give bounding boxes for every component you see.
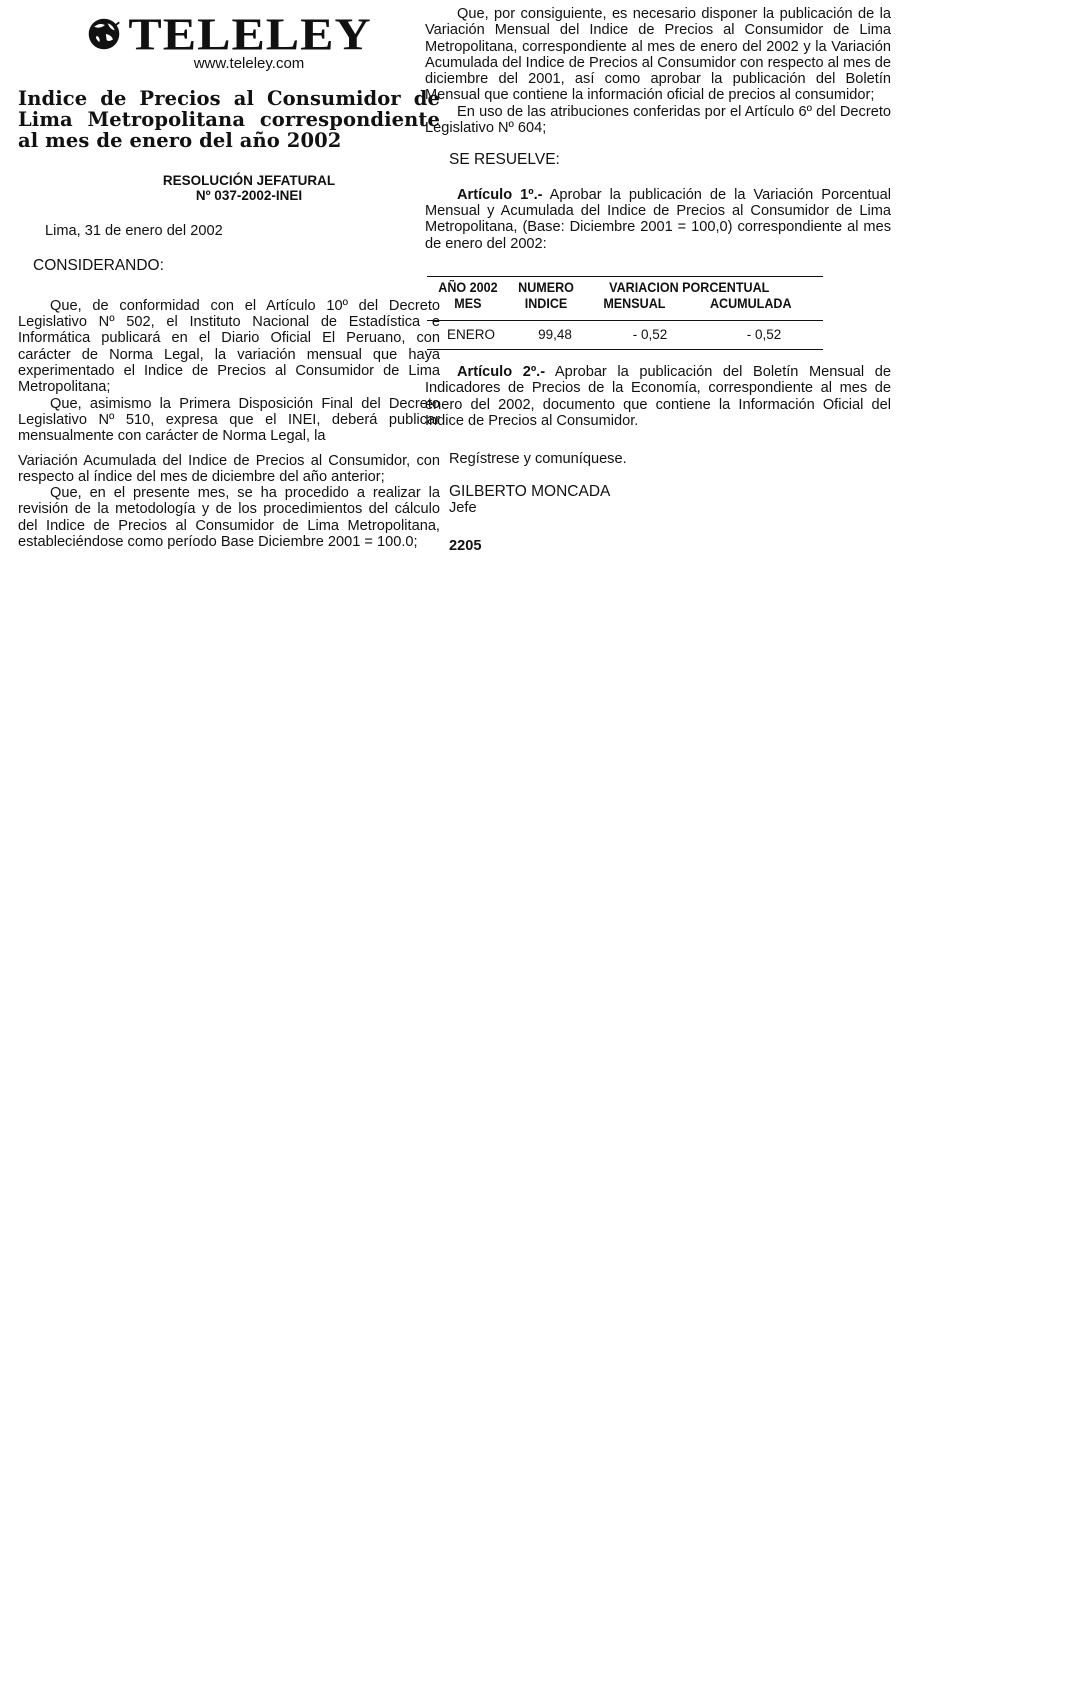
header-text: INDICE [509,296,583,312]
considerando-paragraph: En uso de las atribuciones conferidas po… [425,104,891,137]
table-header: AÑO 2002 MES NUMERO INDICE VARIACION POR… [427,277,795,320]
ipc-table: AÑO 2002 MES NUMERO INDICE VARIACION POR… [427,276,823,350]
resolution-number: Nº 037-2002-INEI [58,188,440,203]
signatory-title: Jefe [425,500,891,516]
header-text: VARIACION PORCENTUAL [583,280,795,296]
considerando-label: CONSIDERANDO: [18,258,440,274]
header-acumulada: ACUMULADA [686,296,796,312]
brand-logo-text: TELELEY [128,12,371,56]
articulo-1-label: Artículo 1º.- [457,187,542,203]
table-row: ENERO 99,48 - 0,52 - 0,52 [427,321,823,349]
cell-mensual: - 0,52 [595,327,705,343]
right-column: Que, por consiguiente, es necesario disp… [425,0,891,555]
header-text: NUMERO [509,280,583,296]
page-number: 2205 [425,538,891,554]
articulo-2: Artículo 2º.- Aprobar la publicación del… [425,364,891,429]
cell-mes: ENERO [427,327,515,343]
globe-icon [86,16,122,52]
considerando-paragraph: Que, asimismo la Primera Disposición Fin… [18,396,440,445]
resolution-type: RESOLUCIÓN JEFATURAL [58,173,440,188]
table-rule [427,349,823,350]
considerando-paragraph: Que, por consiguiente, es necesario disp… [425,6,891,104]
header-text: MES [427,296,509,312]
signatory-name: GILBERTO MONCADA [425,484,891,500]
document-date: Lima, 31 de enero del 2002 [18,223,440,239]
cell-indice: 99,48 [515,327,595,343]
cell-acumulada: - 0,52 [705,327,823,343]
considerando-paragraph: Que, en el presente mes, se ha procedido… [18,485,440,550]
considerando-paragraph: Que, de conformidad con el Artículo 10º … [18,298,440,396]
header-mensual: MENSUAL [583,296,685,312]
se-resuelve-label: SE RESUELVE: [425,152,891,168]
articulo-2-label: Artículo 2º.- [457,364,545,380]
header-indice: NUMERO INDICE [509,280,583,312]
header-variacion-porcentual: VARIACION PORCENTUAL MENSUAL ACUMULADA [583,280,795,312]
left-column: TELELEY www.teleley.com Indice de Precio… [18,0,440,550]
articulo-1: Artículo 1º.- Aprobar la publicación de … [425,187,891,252]
closing-text: Regístrese y comuníquese. [425,451,891,467]
header-text: AÑO 2002 [427,280,509,296]
considerando-paragraph: Variación Acumulada del Indice de Precio… [18,453,440,486]
header-mes: AÑO 2002 MES [427,280,509,312]
document-title: Indice de Precios al Consumidor de Lima … [18,88,440,151]
resolution-header: RESOLUCIÓN JEFATURAL Nº 037-2002-INEI [18,173,440,203]
masthead: TELELEY [18,10,440,58]
